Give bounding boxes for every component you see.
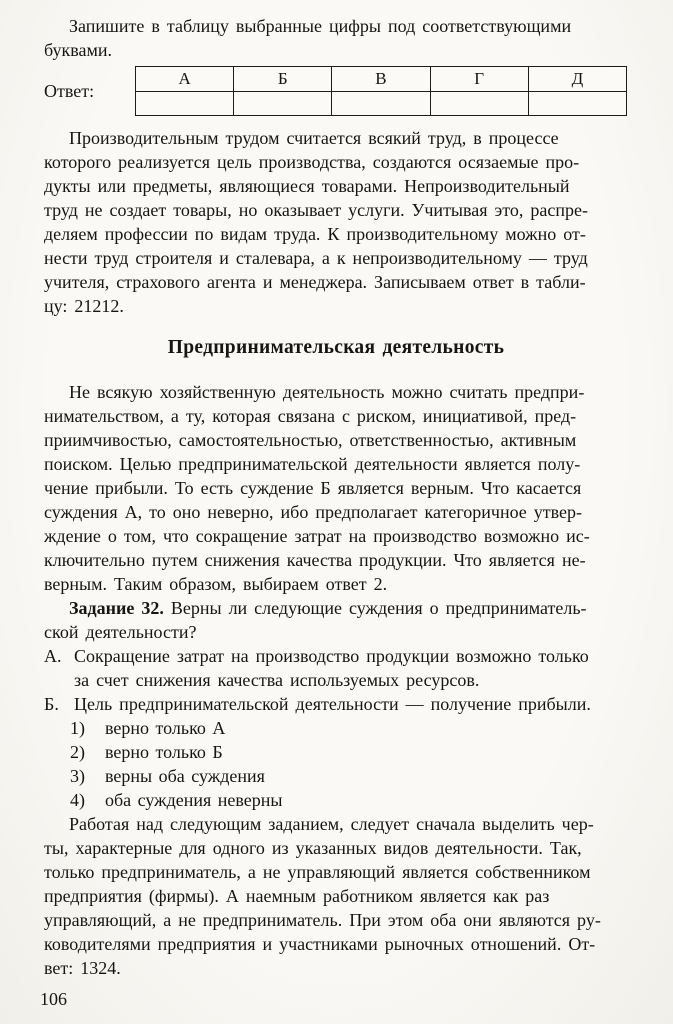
final-solution-paragraph: Работая над следующим заданием, следует … bbox=[44, 812, 628, 980]
option-4-marker: 4) bbox=[70, 788, 105, 812]
answer-cell bbox=[136, 92, 234, 116]
task-32-paragraph: Задание 32. Верны ли следующие суждения … bbox=[44, 596, 628, 644]
statement-b-marker: Б. bbox=[44, 692, 74, 716]
answer-column-header: Д bbox=[528, 67, 626, 92]
option-2: 2)верно только Б bbox=[44, 740, 628, 764]
answer-column-header: В bbox=[332, 67, 430, 92]
option-3-text: верны оба суждения bbox=[105, 764, 265, 788]
answer-column-header: А bbox=[136, 67, 234, 92]
option-1-marker: 1) bbox=[70, 716, 105, 740]
statement-a-text: Сокращение затрат на производство продук… bbox=[74, 644, 628, 692]
statement-b-text: Цель предпринимательской деятельности — … bbox=[74, 692, 628, 716]
answer-table: А Б В Г Д bbox=[135, 66, 627, 116]
entrepreneurship-solution-paragraph: Не всякую хозяйственную деятельность мож… bbox=[44, 380, 628, 596]
answer-table-value-row bbox=[136, 92, 627, 116]
answer-cell bbox=[430, 92, 528, 116]
task-32-label: Задание 32. bbox=[69, 598, 164, 618]
answer-cell bbox=[234, 92, 332, 116]
answer-table-header-row: А Б В Г Д bbox=[136, 67, 627, 92]
answer-column-header: Б bbox=[234, 67, 332, 92]
intro-paragraph: Запишите в таблицу выбранные цифры под с… bbox=[44, 14, 628, 62]
option-2-text: верно только Б bbox=[105, 740, 223, 764]
answer-column-header: Г bbox=[430, 67, 528, 92]
option-1: 1)верно только А bbox=[44, 716, 628, 740]
answer-row: Ответ: А Б В Г Д bbox=[44, 66, 628, 116]
book-page: Запишите в таблицу выбранные цифры под с… bbox=[0, 0, 673, 1024]
option-2-marker: 2) bbox=[70, 740, 105, 764]
statement-a: А.Сокращение затрат на производство прод… bbox=[44, 644, 628, 692]
option-1-text: верно только А bbox=[105, 716, 225, 740]
answer-cell bbox=[332, 92, 430, 116]
answer-cell bbox=[528, 92, 626, 116]
statement-b: Б.Цель предпринимательской деятельности … bbox=[44, 692, 628, 716]
section-title: Предпринимательская деятельность bbox=[44, 336, 628, 360]
labor-solution-paragraph: Производительным трудом считается всякий… bbox=[44, 126, 628, 318]
option-4-text: оба суждения неверны bbox=[105, 788, 283, 812]
answer-label: Ответ: bbox=[44, 79, 135, 103]
page-number: 106 bbox=[40, 987, 67, 1011]
option-3-marker: 3) bbox=[70, 764, 105, 788]
option-3: 3)верны оба суждения bbox=[44, 764, 628, 788]
option-4: 4)оба суждения неверны bbox=[44, 788, 628, 812]
statement-a-marker: А. bbox=[44, 644, 74, 692]
